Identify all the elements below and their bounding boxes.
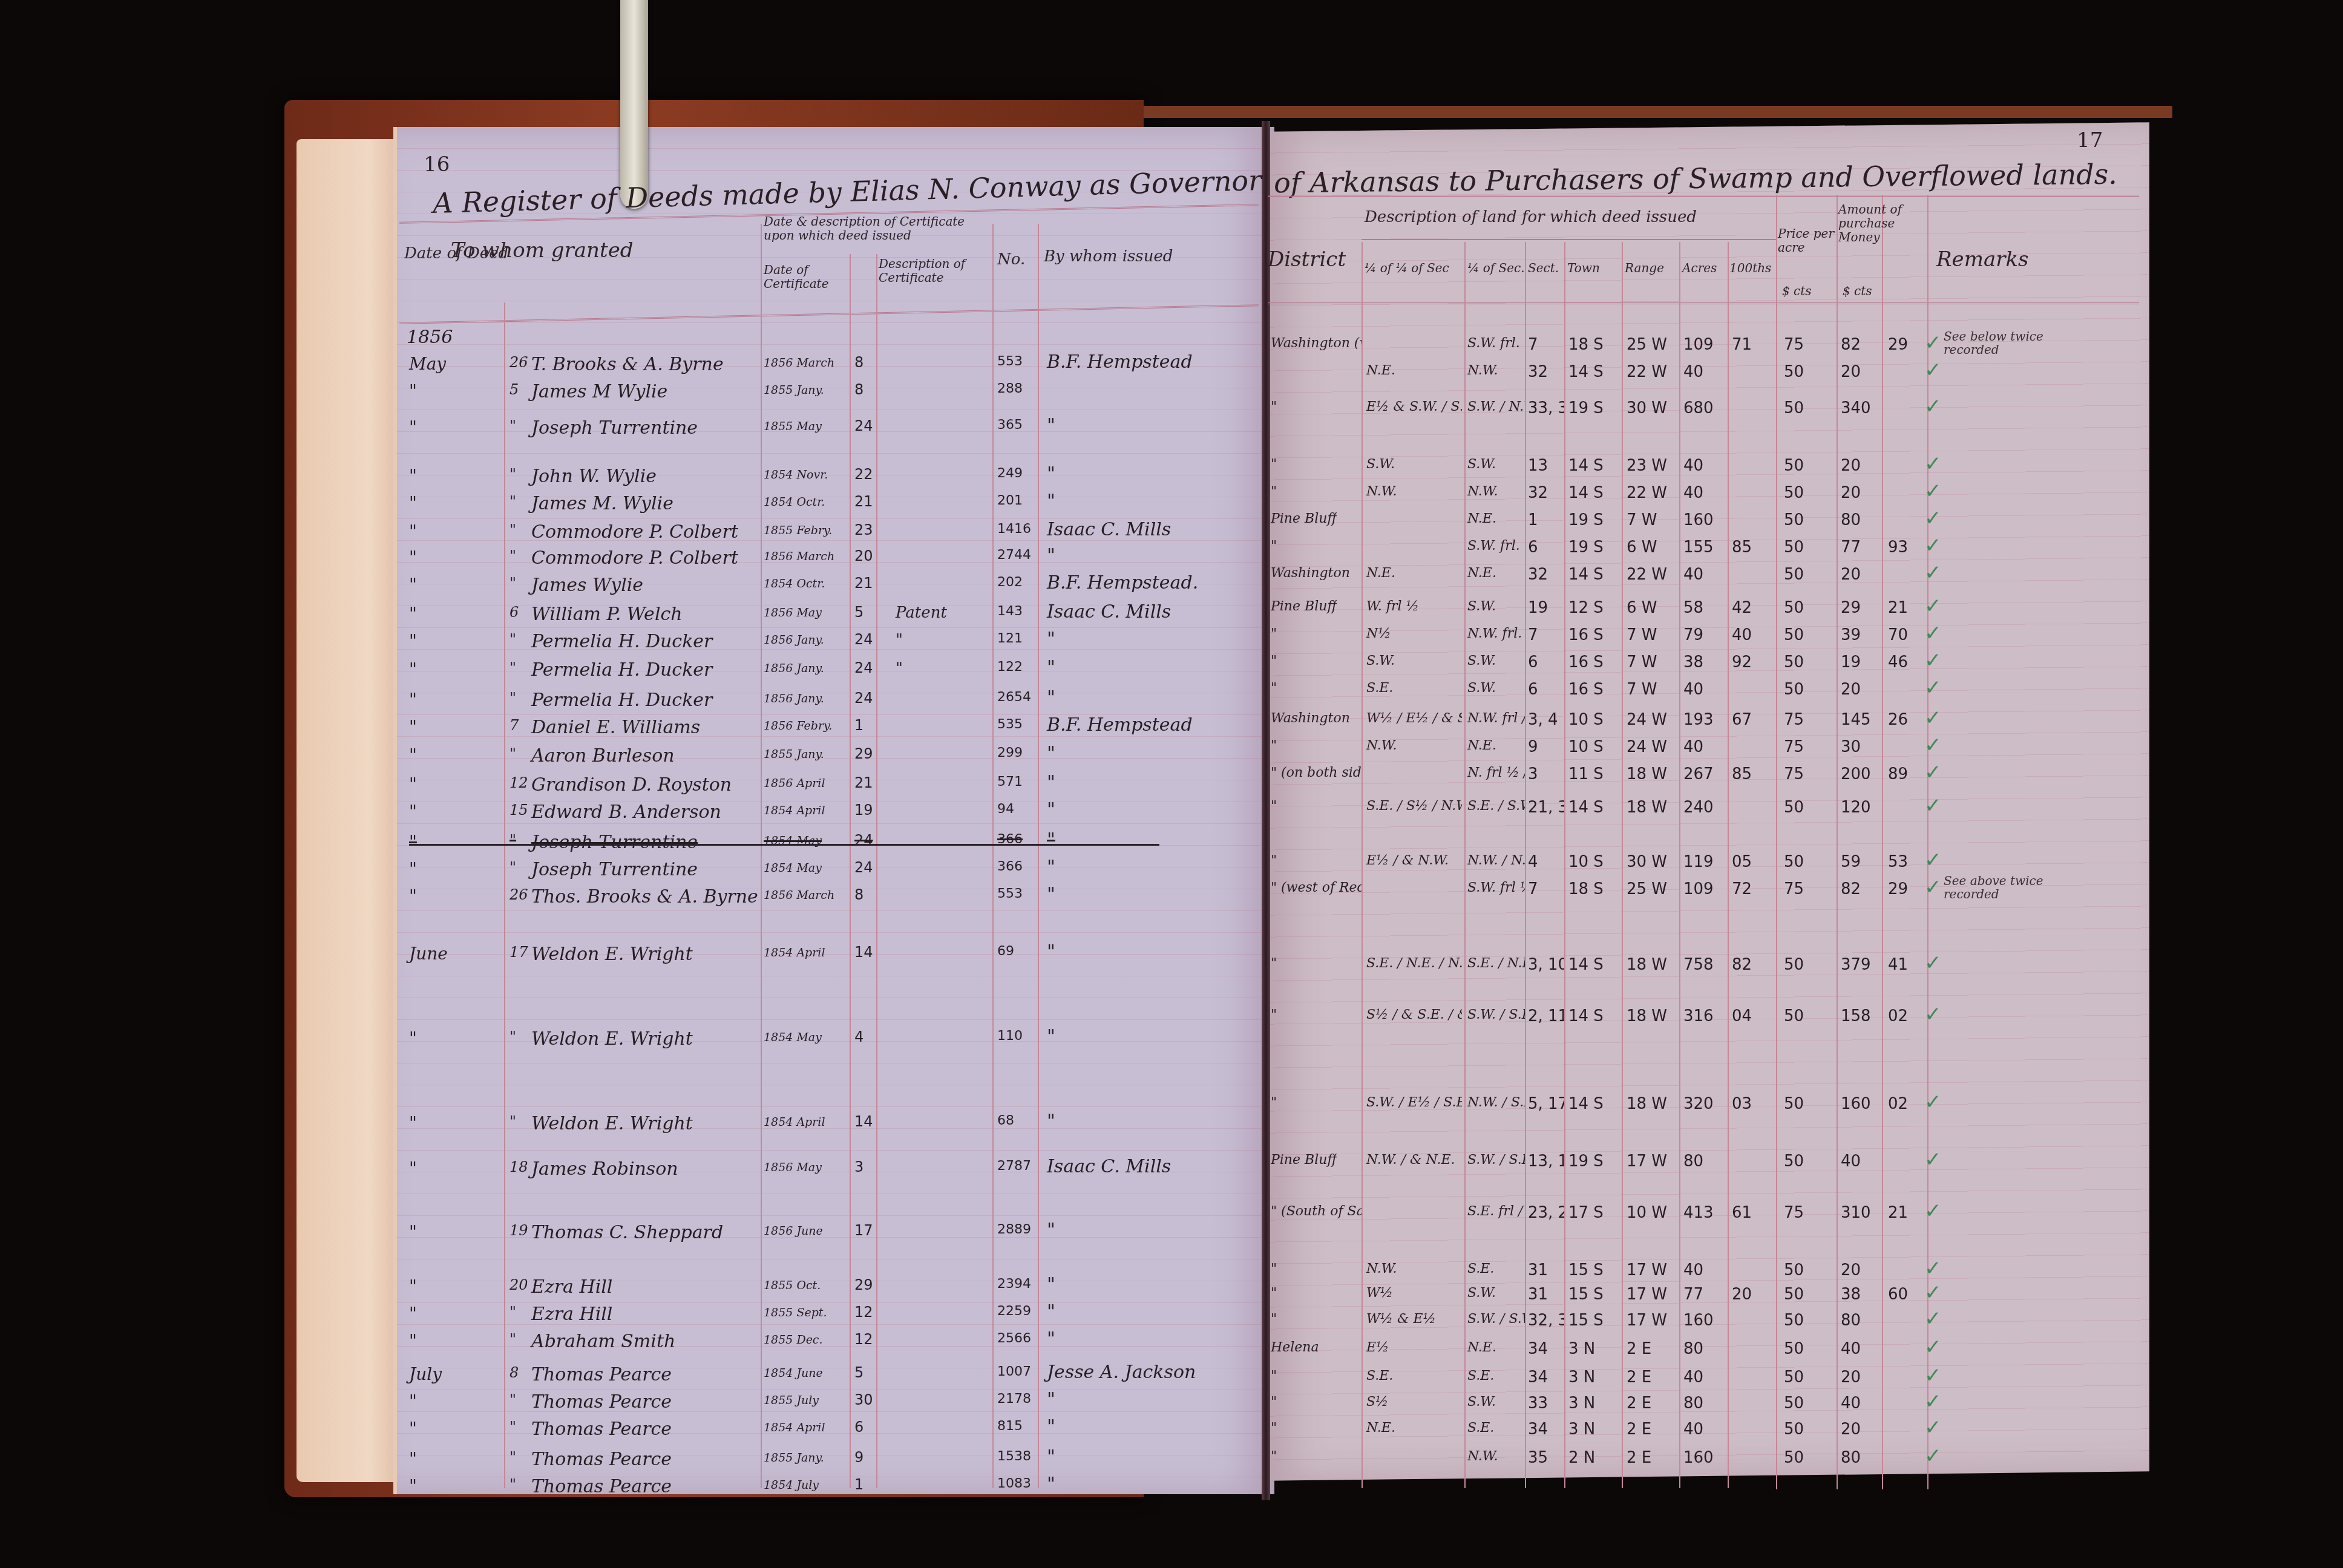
issued-by: " <box>1047 857 1055 878</box>
certificate-date: 1856 May <box>764 606 822 619</box>
amount-dollars: 40 <box>1841 1152 1861 1171</box>
district: " <box>1271 1394 1277 1410</box>
header-quarter-of-quarter: ¼ of ¼ of Sec <box>1365 261 1449 275</box>
col-divider <box>1525 242 1526 1488</box>
deed-day: 5 <box>510 381 519 398</box>
quarter-of-quarter: N.E. <box>1366 1420 1395 1436</box>
section: 9 <box>1528 738 1538 756</box>
col-divider <box>1564 242 1565 1488</box>
header-remarks: Remarks <box>1936 248 2029 272</box>
acres: 680 <box>1683 399 1714 417</box>
checkmark-icon: ✓ <box>1924 561 1942 585</box>
price-per-acre: 50 <box>1784 1285 1804 1304</box>
deed-day: " <box>510 1391 516 1408</box>
certificate-date: 1856 March <box>764 356 834 370</box>
township: 10 S <box>1568 738 1604 756</box>
header-quarter-sec: ¼ of Sec. <box>1467 261 1525 275</box>
quarter-of-quarter: N½ <box>1366 626 1391 641</box>
section: 3, 4 <box>1528 711 1558 729</box>
certificate-date: 1855 Febry. <box>764 524 832 537</box>
certificate-day: 14 <box>854 944 873 961</box>
issued-by: " <box>1047 545 1055 566</box>
checkmark-icon: ✓ <box>1924 706 1942 730</box>
certificate-number: 122 <box>997 659 1023 675</box>
quarter-of-quarter: W. frl ½ <box>1366 599 1419 614</box>
grantee-name: James Robinson <box>531 1158 678 1180</box>
price-per-acre: 50 <box>1784 484 1804 502</box>
township: 2 N <box>1568 1449 1595 1467</box>
grantee-name: Ezra Hill <box>531 1276 612 1298</box>
quarter-of-quarter: N.W. / & N.E. <box>1366 1152 1455 1168</box>
acres: 193 <box>1683 711 1714 729</box>
deed-day: " <box>510 1028 516 1045</box>
acres-hundredths: 85 <box>1732 538 1752 557</box>
district: " <box>1271 799 1277 814</box>
quarter-section: N.W. <box>1467 1449 1498 1464</box>
header-price: Price per acre <box>1778 227 1835 255</box>
acres: 160 <box>1683 1312 1714 1330</box>
amount-dollars: 20 <box>1841 566 1861 584</box>
range: 30 W <box>1627 853 1667 871</box>
checkmark-icon: ✓ <box>1924 794 1942 818</box>
checkmark-icon: ✓ <box>1924 594 1942 618</box>
deed-day: 20 <box>510 1276 528 1293</box>
left-page-number: 16 <box>424 152 450 177</box>
issued-by: Jesse A. Jackson <box>1047 1362 1196 1383</box>
certificate-number: 2178 <box>997 1391 1031 1406</box>
deed-day: " <box>510 575 516 592</box>
issued-by: " <box>1047 941 1055 962</box>
township: 19 S <box>1568 399 1604 417</box>
acres-hundredths: 20 <box>1732 1285 1752 1304</box>
amount-dollars: 29 <box>1841 599 1861 617</box>
certificate-date: 1856 May <box>764 1161 822 1174</box>
certificate-day: 19 <box>854 802 873 818</box>
township: 14 S <box>1568 956 1604 974</box>
amount-dollars: 59 <box>1841 853 1861 871</box>
range: 2 E <box>1627 1449 1651 1467</box>
range: 24 W <box>1627 711 1667 729</box>
deed-day: 26 <box>510 354 528 371</box>
deed-month: " <box>409 381 417 401</box>
certificate-day: 24 <box>854 659 873 676</box>
township: 16 S <box>1568 653 1604 671</box>
deed-day: " <box>510 832 516 849</box>
checkmark-icon: ✓ <box>1924 506 1942 531</box>
township: 15 S <box>1568 1285 1604 1304</box>
quarter-section: S.E. <box>1467 1368 1494 1383</box>
certificate-date: 1854 May <box>764 1031 822 1044</box>
section: 31 <box>1528 1285 1548 1304</box>
grantee-name: Weldon E. Wright <box>531 1113 693 1134</box>
quarter-section: S.W. <box>1467 653 1496 668</box>
district: " <box>1271 1261 1277 1276</box>
district: Helena <box>1271 1340 1319 1355</box>
grantee-name: Commodore P. Colbert <box>531 521 738 543</box>
grantee-name: Thos. Brooks & A. Byrne <box>531 886 758 907</box>
grantee-name: Thomas Pearce <box>531 1419 672 1440</box>
price-per-acre: 50 <box>1784 853 1804 871</box>
header-sect: Sect. <box>1528 261 1559 275</box>
grantee-name: Permelia H. Ducker <box>531 631 712 652</box>
quarter-of-quarter: S½ / & S.E. / & S.W. <box>1366 1007 1462 1022</box>
checkmark-icon: ✓ <box>1924 848 1942 872</box>
certificate-date: 1856 June <box>764 1224 823 1238</box>
range: 22 W <box>1627 484 1667 502</box>
deed-day: 7 <box>510 717 519 734</box>
price-per-acre: 50 <box>1784 626 1804 644</box>
acres: 109 <box>1683 880 1714 898</box>
section: 5, 17, 19, 20 <box>1528 1095 1564 1113</box>
deed-month: " <box>409 521 417 541</box>
quarter-section: S.W. / S.E. / N.E. / N.W. <box>1467 1007 1525 1022</box>
district: " <box>1271 681 1277 696</box>
grantee-name: Thomas Pearce <box>531 1449 672 1470</box>
amount-cents: 26 <box>1888 711 1908 729</box>
district: " <box>1271 484 1277 499</box>
certificate-day: 8 <box>854 381 863 398</box>
quarter-of-quarter: S.E. <box>1366 1368 1393 1383</box>
remark: See above twice recorded <box>1944 874 2046 901</box>
quarter-of-quarter: N.E. <box>1366 566 1395 581</box>
deed-month: " <box>409 466 417 486</box>
checkmark-icon: ✓ <box>1924 1307 1942 1331</box>
section: 3 <box>1528 765 1538 783</box>
acres: 58 <box>1683 599 1703 617</box>
header-by-whom-issued: By whom issued <box>1044 248 1173 266</box>
quarter-section: S.W. frl. <box>1467 336 1520 351</box>
section: 4 <box>1528 853 1538 871</box>
deed-day: 17 <box>510 944 528 961</box>
acres: 40 <box>1683 681 1703 699</box>
quarter-of-quarter: S.W. / E½ / S.E. / & E½ / & W½ <box>1366 1095 1462 1110</box>
certificate-date: 1855 July <box>764 1394 819 1407</box>
amount-cents: 60 <box>1888 1285 1908 1304</box>
quarter-section: N.W. <box>1467 484 1498 499</box>
amount-dollars: 20 <box>1841 681 1861 699</box>
section: 34 <box>1528 1340 1548 1358</box>
amount-cents: 02 <box>1888 1095 1908 1113</box>
checkmark-icon: ✓ <box>1924 875 1942 900</box>
section: 2, 11 <box>1528 1007 1564 1025</box>
bookmark-icon <box>620 0 648 209</box>
district: " <box>1271 1095 1277 1110</box>
deed-month: " <box>409 417 417 437</box>
quarter-section: S.E. <box>1467 1420 1494 1436</box>
certificate-day: 24 <box>854 832 873 849</box>
certificate-number: 2654 <box>997 690 1031 705</box>
amount-dollars: 120 <box>1841 799 1871 817</box>
issued-by: " <box>1047 1301 1055 1322</box>
amount-dollars: 20 <box>1841 1368 1861 1387</box>
acres: 160 <box>1683 511 1714 529</box>
header-description-of-certificate: Description of Certificate <box>879 257 991 285</box>
township: 19 S <box>1568 1152 1604 1171</box>
certificate-date: 1856 Jany. <box>764 692 824 705</box>
price-per-acre: 50 <box>1784 1394 1804 1413</box>
col-divider <box>1679 242 1680 1488</box>
quarter-section: S.W. <box>1467 1394 1496 1410</box>
district: Pine Bluff <box>1271 511 1337 526</box>
grantee-name: Permelia H. Ducker <box>531 690 712 711</box>
amount-dollars: 80 <box>1841 1312 1861 1330</box>
section: 32, 31 <box>1528 1312 1564 1330</box>
header-no: No. <box>997 251 1025 269</box>
district: " <box>1271 1368 1277 1383</box>
section: 3, 10, 9, 11, 6 <box>1528 956 1564 974</box>
amount-dollars: 77 <box>1841 538 1861 557</box>
certificate-day: 24 <box>854 690 873 707</box>
price-per-acre: 50 <box>1784 1095 1804 1113</box>
district: Pine Bluff <box>1271 599 1337 614</box>
checkmark-icon: ✓ <box>1924 1002 1942 1027</box>
certificate-date: 1855 Jany. <box>764 1451 824 1465</box>
range: 30 W <box>1627 399 1667 417</box>
issued-by: B.F. Hempstead <box>1047 714 1193 736</box>
col-divider <box>504 302 505 1488</box>
amount-dollars: 82 <box>1841 336 1861 354</box>
acres: 267 <box>1683 765 1714 783</box>
header-price-units: $ cts <box>1782 284 1812 298</box>
col-divider <box>1464 242 1466 1488</box>
township: 14 S <box>1568 484 1604 502</box>
district: " <box>1271 1312 1277 1327</box>
header-bottom-rule-right <box>1268 302 2139 307</box>
amount-cents: 29 <box>1888 880 1908 898</box>
deed-day: 18 <box>510 1158 528 1175</box>
issued-by: " <box>1047 1026 1055 1047</box>
acres: 155 <box>1683 538 1714 557</box>
deed-day: " <box>510 466 516 483</box>
acres-hundredths: 85 <box>1732 765 1752 783</box>
quarter-of-quarter: E½ & S.W. / S.E. & N.E. / & N.E. / & S½ <box>1366 399 1462 414</box>
certificate-number: 535 <box>997 717 1023 732</box>
range: 10 W <box>1627 1204 1667 1222</box>
issued-by: " <box>1047 1389 1055 1410</box>
range: 6 W <box>1627 538 1657 557</box>
subheader-rule <box>1362 239 1776 240</box>
quarter-of-quarter: E½ / & N.W. <box>1366 853 1449 868</box>
certificate-description: " <box>896 659 903 678</box>
quarter-section: N.E. <box>1467 511 1496 526</box>
township: 14 S <box>1568 799 1604 817</box>
acres: 40 <box>1683 1261 1703 1279</box>
deed-day: " <box>510 1331 516 1348</box>
col-divider <box>1837 195 1838 1489</box>
certificate-number: 121 <box>997 631 1023 646</box>
section: 6 <box>1528 538 1538 557</box>
district: " <box>1271 399 1277 414</box>
range: 18 W <box>1627 1095 1667 1113</box>
price-per-acre: 50 <box>1784 1449 1804 1467</box>
certificate-date: 1854 April <box>764 1421 825 1434</box>
quarter-section: S.W. frl. <box>1467 538 1520 554</box>
section: 34 <box>1528 1420 1548 1439</box>
amount-cents: 70 <box>1888 626 1908 644</box>
price-per-acre: 50 <box>1784 457 1804 475</box>
issued-by: " <box>1047 1446 1055 1468</box>
range: 25 W <box>1627 336 1667 354</box>
col-divider <box>1038 224 1039 1488</box>
issued-by: " <box>1047 463 1055 485</box>
header-to-whom-granted: To whom granted <box>451 239 634 263</box>
deed-month: " <box>409 745 417 765</box>
certificate-date: 1855 Oct. <box>764 1279 821 1292</box>
certificate-day: 8 <box>854 886 863 903</box>
range: 18 W <box>1627 765 1667 783</box>
issued-by: " <box>1047 772 1055 793</box>
certificate-date: 1855 Jany. <box>764 748 824 761</box>
range: 7 W <box>1627 511 1657 529</box>
certificate-day: 14 <box>854 1113 873 1130</box>
acres-hundredths: 05 <box>1732 853 1752 871</box>
issued-by: " <box>1047 799 1055 820</box>
district: " <box>1271 1007 1277 1022</box>
issued-by: Isaac C. Mills <box>1047 601 1171 622</box>
deed-day: 8 <box>510 1364 519 1381</box>
grantee-name: Joseph Turrentine <box>531 832 698 853</box>
checkmark-icon: ✓ <box>1924 621 1942 645</box>
acres-hundredths: 42 <box>1732 599 1752 617</box>
col-divider <box>1728 242 1729 1488</box>
township: 3 N <box>1568 1420 1595 1439</box>
deed-month: " <box>409 1222 417 1242</box>
quarter-section: S.W. <box>1467 1285 1496 1301</box>
issued-by: " <box>1047 629 1055 650</box>
right-page-number: 17 <box>2077 128 2103 152</box>
deed-month: May <box>409 354 446 374</box>
header-amount-units: $ cts <box>1843 284 1872 298</box>
acres: 40 <box>1683 566 1703 584</box>
district: Washington <box>1271 711 1350 726</box>
acres: 40 <box>1683 457 1703 475</box>
grantee-name: Ezra Hill <box>531 1304 612 1325</box>
price-per-acre: 50 <box>1784 599 1804 617</box>
issued-by: " <box>1047 1416 1055 1437</box>
deed-day: " <box>510 493 516 510</box>
quarter-section: N.W. <box>1467 363 1498 378</box>
township: 15 S <box>1568 1261 1604 1279</box>
acres-hundredths: 71 <box>1732 336 1752 354</box>
amount-dollars: 39 <box>1841 626 1861 644</box>
certificate-day: 21 <box>854 575 873 592</box>
certificate-number: 1083 <box>997 1476 1031 1491</box>
section: 32 <box>1528 363 1548 381</box>
grantee-name: Weldon E. Wright <box>531 944 693 965</box>
certificate-number: 110 <box>997 1028 1023 1044</box>
checkmark-icon: ✓ <box>1924 733 1942 757</box>
price-per-acre: 50 <box>1784 1340 1804 1358</box>
district: " <box>1271 626 1277 641</box>
price-per-acre: 50 <box>1784 566 1804 584</box>
certificate-date: 1854 May <box>764 861 822 875</box>
acres: 119 <box>1683 853 1714 871</box>
range: 24 W <box>1627 738 1667 756</box>
certificate-date: 1854 April <box>764 1116 825 1129</box>
grantee-name: James Wylie <box>531 575 643 596</box>
range: 17 W <box>1627 1312 1667 1330</box>
deed-day: " <box>510 1449 516 1466</box>
acres-hundredths: 92 <box>1732 653 1752 671</box>
col-divider <box>1362 242 1363 1488</box>
amount-dollars: 40 <box>1841 1394 1861 1413</box>
quarter-of-quarter: S.E. / N.E. / N.W. / & S.W. / S½ / S.E. … <box>1366 956 1462 971</box>
quarter-section: N. frl ½ / S.W. frl ¼ <box>1467 765 1525 780</box>
price-per-acre: 50 <box>1784 538 1804 557</box>
amount-dollars: 310 <box>1841 1204 1871 1222</box>
quarter-section: N.E. <box>1467 566 1496 581</box>
certificate-day: 5 <box>854 604 863 621</box>
certificate-date: 1854 April <box>764 804 825 817</box>
header-land-description: Description of land for which deed issue… <box>1365 209 1697 227</box>
certificate-number: 201 <box>997 493 1023 508</box>
quarter-section: S.E. / S.W. / N.W. / N.E. <box>1467 799 1525 814</box>
range: 17 W <box>1627 1261 1667 1279</box>
col-divider <box>992 224 994 1488</box>
deed-month: July <box>409 1364 442 1384</box>
amount-dollars: 200 <box>1841 765 1871 783</box>
township: 19 S <box>1568 538 1604 557</box>
section: 13 <box>1528 457 1548 475</box>
deed-day: " <box>510 690 516 707</box>
certificate-day: 21 <box>854 774 873 791</box>
certificate-day: 12 <box>854 1304 873 1321</box>
deed-day: " <box>510 859 516 876</box>
header-district: District <box>1268 248 1346 272</box>
township: 18 S <box>1568 336 1604 354</box>
district: Washington (west of Red River) <box>1271 336 1362 351</box>
grantee-name: Thomas Pearce <box>531 1476 672 1497</box>
deed-month: " <box>409 1419 417 1439</box>
district: " <box>1271 653 1277 668</box>
range: 23 W <box>1627 457 1667 475</box>
section: 21, 3, 15, 9 <box>1528 799 1564 817</box>
township: 18 S <box>1568 880 1604 898</box>
certificate-day: 4 <box>854 1028 863 1045</box>
checkmark-icon: ✓ <box>1924 1199 1942 1223</box>
quarter-of-quarter: S.W. <box>1366 457 1395 472</box>
certificate-date: 1854 Novr. <box>764 468 828 482</box>
checkmark-icon: ✓ <box>1924 1416 1942 1440</box>
amount-cents: 53 <box>1888 853 1908 871</box>
amount-dollars: 158 <box>1841 1007 1871 1025</box>
district: " <box>1271 956 1277 971</box>
quarter-of-quarter: E½ <box>1366 1340 1389 1355</box>
price-per-acre: 50 <box>1784 1152 1804 1171</box>
checkmark-icon: ✓ <box>1924 534 1942 558</box>
certificate-day: 8 <box>854 354 863 371</box>
checkmark-icon: ✓ <box>1924 1390 1942 1414</box>
certificate-number: 202 <box>997 575 1023 590</box>
township: 3 N <box>1568 1340 1595 1358</box>
amount-cents: 29 <box>1888 336 1908 354</box>
quarter-section: S.W. / N.W. / N.E. / S.E. / W½ / S.E. / … <box>1467 399 1525 414</box>
township: 15 S <box>1568 1312 1604 1330</box>
section: 32 <box>1528 484 1548 502</box>
township: 11 S <box>1568 765 1604 783</box>
grantee-name: Grandison D. Royston <box>531 774 732 795</box>
quarter-of-quarter: W½ / E½ / & S.W. <box>1366 711 1462 726</box>
deed-day: " <box>510 1113 516 1130</box>
range: 2 E <box>1627 1340 1651 1358</box>
deed-month: " <box>409 832 417 852</box>
deed-month: " <box>409 717 417 737</box>
book-gutter <box>1262 121 1270 1500</box>
issued-by: " <box>1047 687 1055 708</box>
deed-day: " <box>510 1476 516 1493</box>
acres-hundredths: 04 <box>1732 1007 1752 1025</box>
issued-by: " <box>1047 415 1055 436</box>
